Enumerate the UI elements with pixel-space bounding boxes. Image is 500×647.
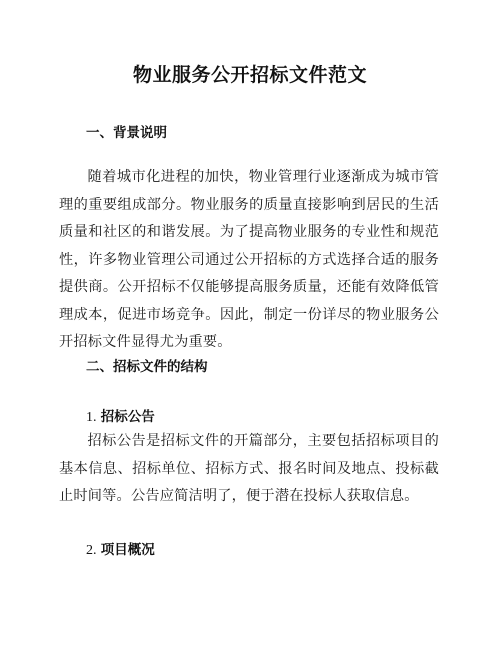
document-page: 物业服务公开招标文件范文 一、背景说明 随着城市化进程的加快，物业管理行业逐渐成… xyxy=(0,0,500,647)
subsection-number: 2. xyxy=(86,543,97,558)
section-heading-structure: 二、招标文件的结构 xyxy=(86,355,208,375)
subsection-title: 项目概况 xyxy=(101,542,155,558)
paragraph-background: 随着城市化进程的加快，物业管理行业逐渐成为城市管理的重要组成部分。物业服务的质量… xyxy=(59,164,439,357)
document-title: 物业服务公开招标文件范文 xyxy=(0,60,500,87)
subsection-title: 招标公告 xyxy=(101,409,155,425)
subsection-heading-announcement: 1. 招标公告 xyxy=(86,405,155,426)
section-heading-background: 一、背景说明 xyxy=(86,121,167,141)
subsection-number: 1. xyxy=(86,410,97,425)
paragraph-announcement: 招标公告是招标文件的开篇部分，主要包括招标项目的基本信息、招标单位、招标方式、报… xyxy=(59,428,439,511)
subsection-heading-project-overview: 2. 项目概况 xyxy=(86,538,155,559)
